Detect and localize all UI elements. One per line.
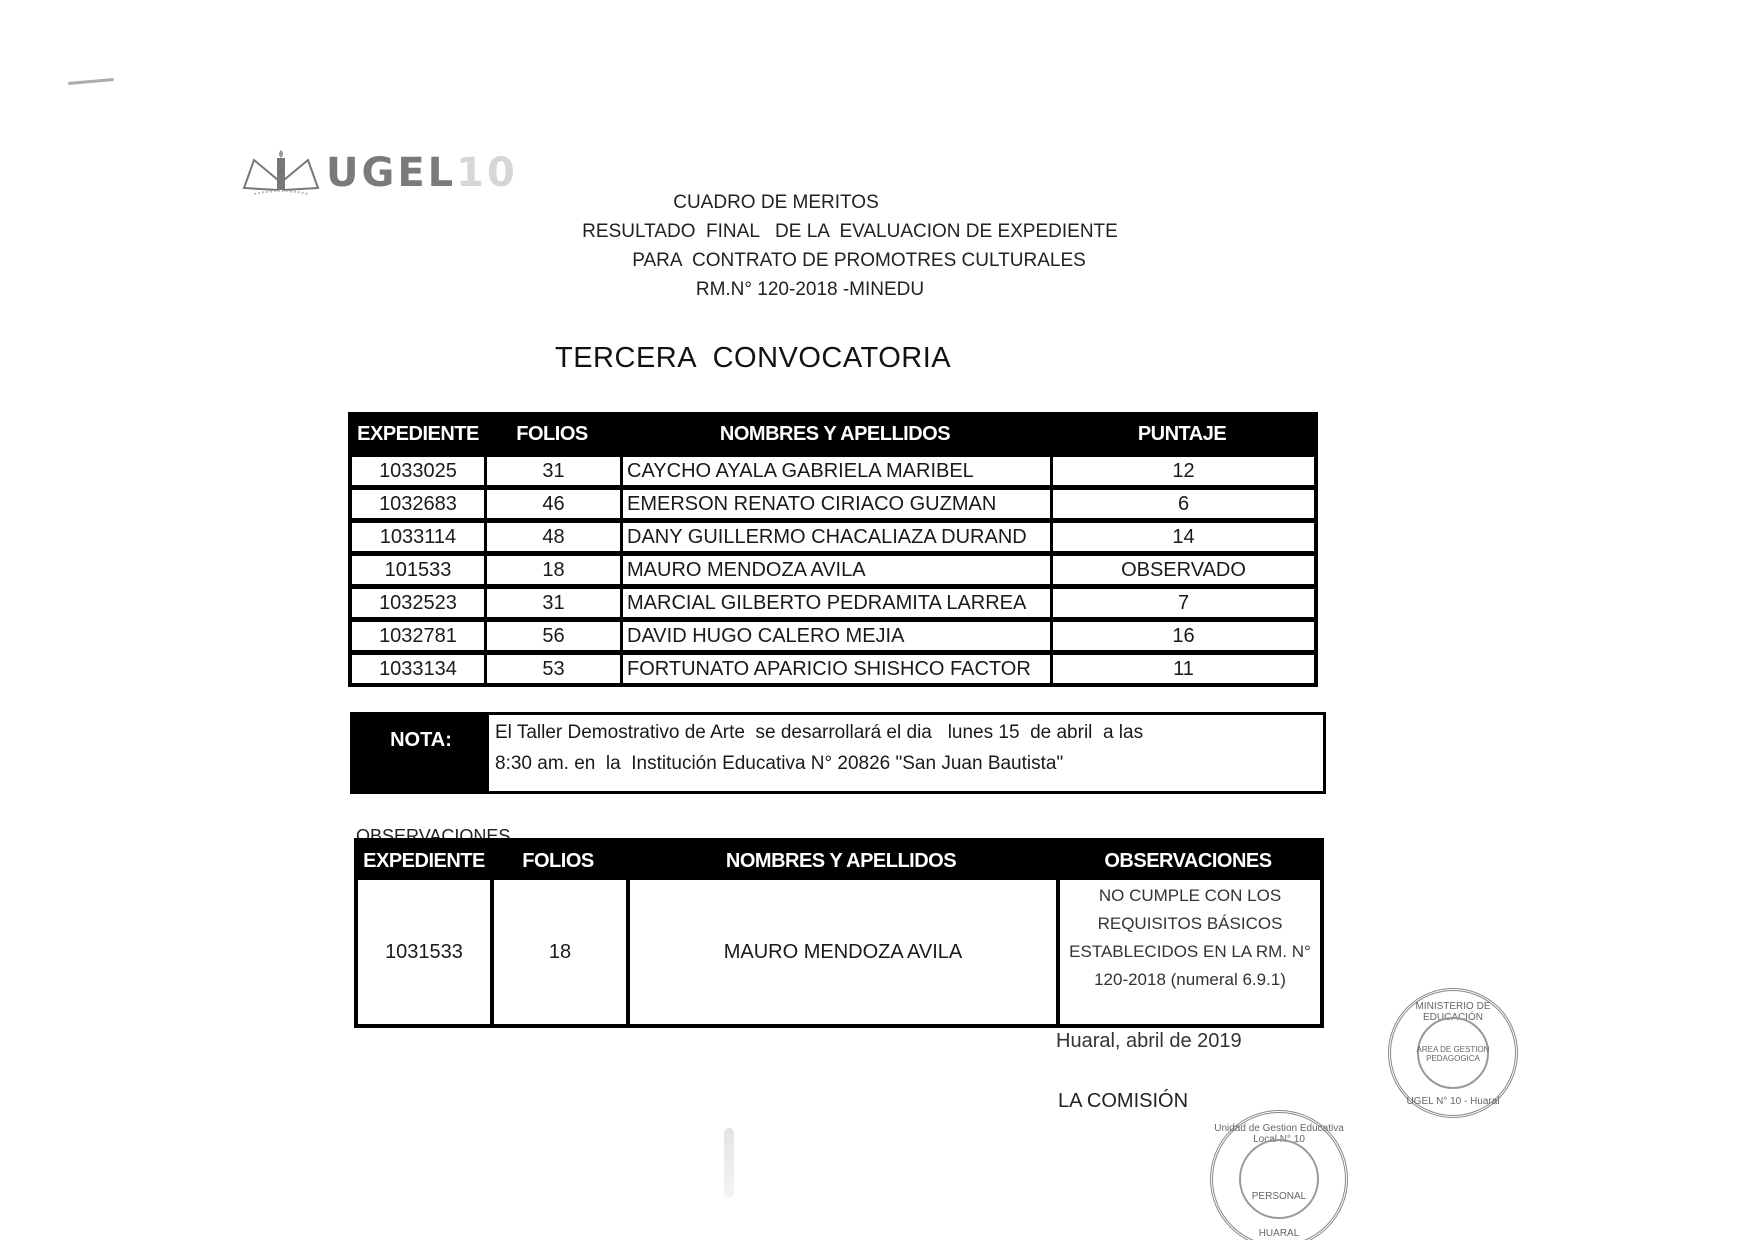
cell-puntaje: 16	[1050, 617, 1314, 650]
table-row: 103278156DAVID HUGO CALERO MEJIA16	[352, 617, 1314, 650]
cell-expediente: 1033114	[352, 518, 484, 551]
results-table: EXPEDIENTE FOLIOS NOMBRES Y APELLIDOS PU…	[348, 412, 1318, 687]
header-line-2: RESULTADO FINAL DE LA EVALUACION DE EXPE…	[500, 217, 1200, 246]
col-nombres: NOMBRES Y APELLIDOS	[620, 416, 1050, 452]
table-row: 1031533 18 MAURO MENDOZA AVILA NO CUMPLE…	[358, 880, 1320, 1024]
table-row: 103252331MARCIAL GILBERTO PEDRAMITA LARR…	[352, 584, 1314, 617]
scan-smudge	[724, 1128, 734, 1198]
nota-text: El Taller Demostrativo de Arte se desarr…	[489, 715, 1323, 791]
cell-expediente: 101533	[352, 551, 484, 584]
cell-expediente: 1032683	[352, 485, 484, 518]
cell-puntaje: 7	[1050, 584, 1314, 617]
observaciones-header-row: EXPEDIENTE FOLIOS NOMBRES Y APELLIDOS OB…	[358, 842, 1320, 880]
cell-folios: 31	[484, 452, 620, 485]
open-book-torch-icon	[240, 150, 322, 196]
table-row: 103311448DANY GUILLERMO CHACALIAZA DURAN…	[352, 518, 1314, 551]
cell-puntaje: 6	[1050, 485, 1314, 518]
cell-expediente: 1031533	[358, 880, 490, 1024]
header-line-4: RM.N° 120-2018 -MINEDU	[420, 275, 1200, 304]
table-row: 10153318MAURO MENDOZA AVILAOBSERVADO	[352, 551, 1314, 584]
results-header-row: EXPEDIENTE FOLIOS NOMBRES Y APELLIDOS PU…	[352, 416, 1314, 452]
nota-label: NOTA:	[353, 715, 489, 791]
convocatoria-title: TERCERA CONVOCATORIA	[555, 342, 951, 375]
table-row: 103302531CAYCHO AYALA GABRIELA MARIBEL12	[352, 452, 1314, 485]
header-line-1: CUADRO DE MERITOS	[352, 188, 1200, 217]
cell-puntaje: OBSERVADO	[1050, 551, 1314, 584]
col-puntaje: PUNTAJE	[1050, 416, 1314, 452]
col-folios: FOLIOS	[490, 842, 626, 880]
nota-box: NOTA: El Taller Demostrativo de Arte se …	[350, 712, 1326, 794]
col-expediente: EXPEDIENTE	[352, 416, 484, 452]
document-header: CUADRO DE MERITOS RESULTADO FINAL DE LA …	[500, 188, 1200, 304]
cell-folios: 31	[484, 584, 620, 617]
cell-puntaje: 11	[1050, 650, 1314, 683]
cell-nombre: CAYCHO AYALA GABRIELA MARIBEL	[620, 452, 1050, 485]
cell-nombre: EMERSON RENATO CIRIACO GUZMAN	[620, 485, 1050, 518]
cell-puntaje: 12	[1050, 452, 1314, 485]
ministerio-stamp-icon: MINISTERIO DE EDUCACIÓN AREA DE GESTION …	[1388, 988, 1518, 1118]
col-observaciones: OBSERVACIONES	[1056, 842, 1320, 880]
cell-nombre: MAURO MENDOZA AVILA	[620, 551, 1050, 584]
cell-nombre: FORTUNATO APARICIO SHISHCO FACTOR	[620, 650, 1050, 683]
header-line-3: PARA CONTRATO DE PROMOTRES CULTURALES	[518, 246, 1200, 275]
cell-nombre: DAVID HUGO CALERO MEJIA	[620, 617, 1050, 650]
cell-expediente: 1032781	[352, 617, 484, 650]
observaciones-table: EXPEDIENTE FOLIOS NOMBRES Y APELLIDOS OB…	[354, 838, 1324, 1028]
cell-folios: 18	[490, 880, 626, 1024]
cell-expediente: 1032523	[352, 584, 484, 617]
cell-nombre: MARCIAL GILBERTO PEDRAMITA LARREA	[620, 584, 1050, 617]
cell-folios: 56	[484, 617, 620, 650]
table-row: 103313453FORTUNATO APARICIO SHISHCO FACT…	[352, 650, 1314, 683]
ugel-stamp-icon: Unidad de Gestion Educativa Local N° 10 …	[1210, 1110, 1348, 1240]
place-date: Huaral, abril de 2019	[1056, 1030, 1242, 1053]
signature-label: LA COMISIÓN	[1058, 1090, 1188, 1113]
table-row: 103268346EMERSON RENATO CIRIACO GUZMAN6	[352, 485, 1314, 518]
col-nombres: NOMBRES Y APELLIDOS	[626, 842, 1056, 880]
cell-nombre: MAURO MENDOZA AVILA	[626, 880, 1056, 1024]
col-folios: FOLIOS	[484, 416, 620, 452]
pen-mark	[68, 78, 114, 85]
cell-folios: 46	[484, 485, 620, 518]
cell-expediente: 1033134	[352, 650, 484, 683]
cell-folios: 48	[484, 518, 620, 551]
cell-folios: 18	[484, 551, 620, 584]
cell-expediente: 1033025	[352, 452, 484, 485]
col-expediente: EXPEDIENTE	[358, 842, 490, 880]
cell-folios: 53	[484, 650, 620, 683]
cell-observacion: NO CUMPLE CON LOS REQUISITOS BÁSICOS EST…	[1056, 880, 1320, 1024]
cell-nombre: DANY GUILLERMO CHACALIAZA DURAND	[620, 518, 1050, 551]
cell-puntaje: 14	[1050, 518, 1314, 551]
